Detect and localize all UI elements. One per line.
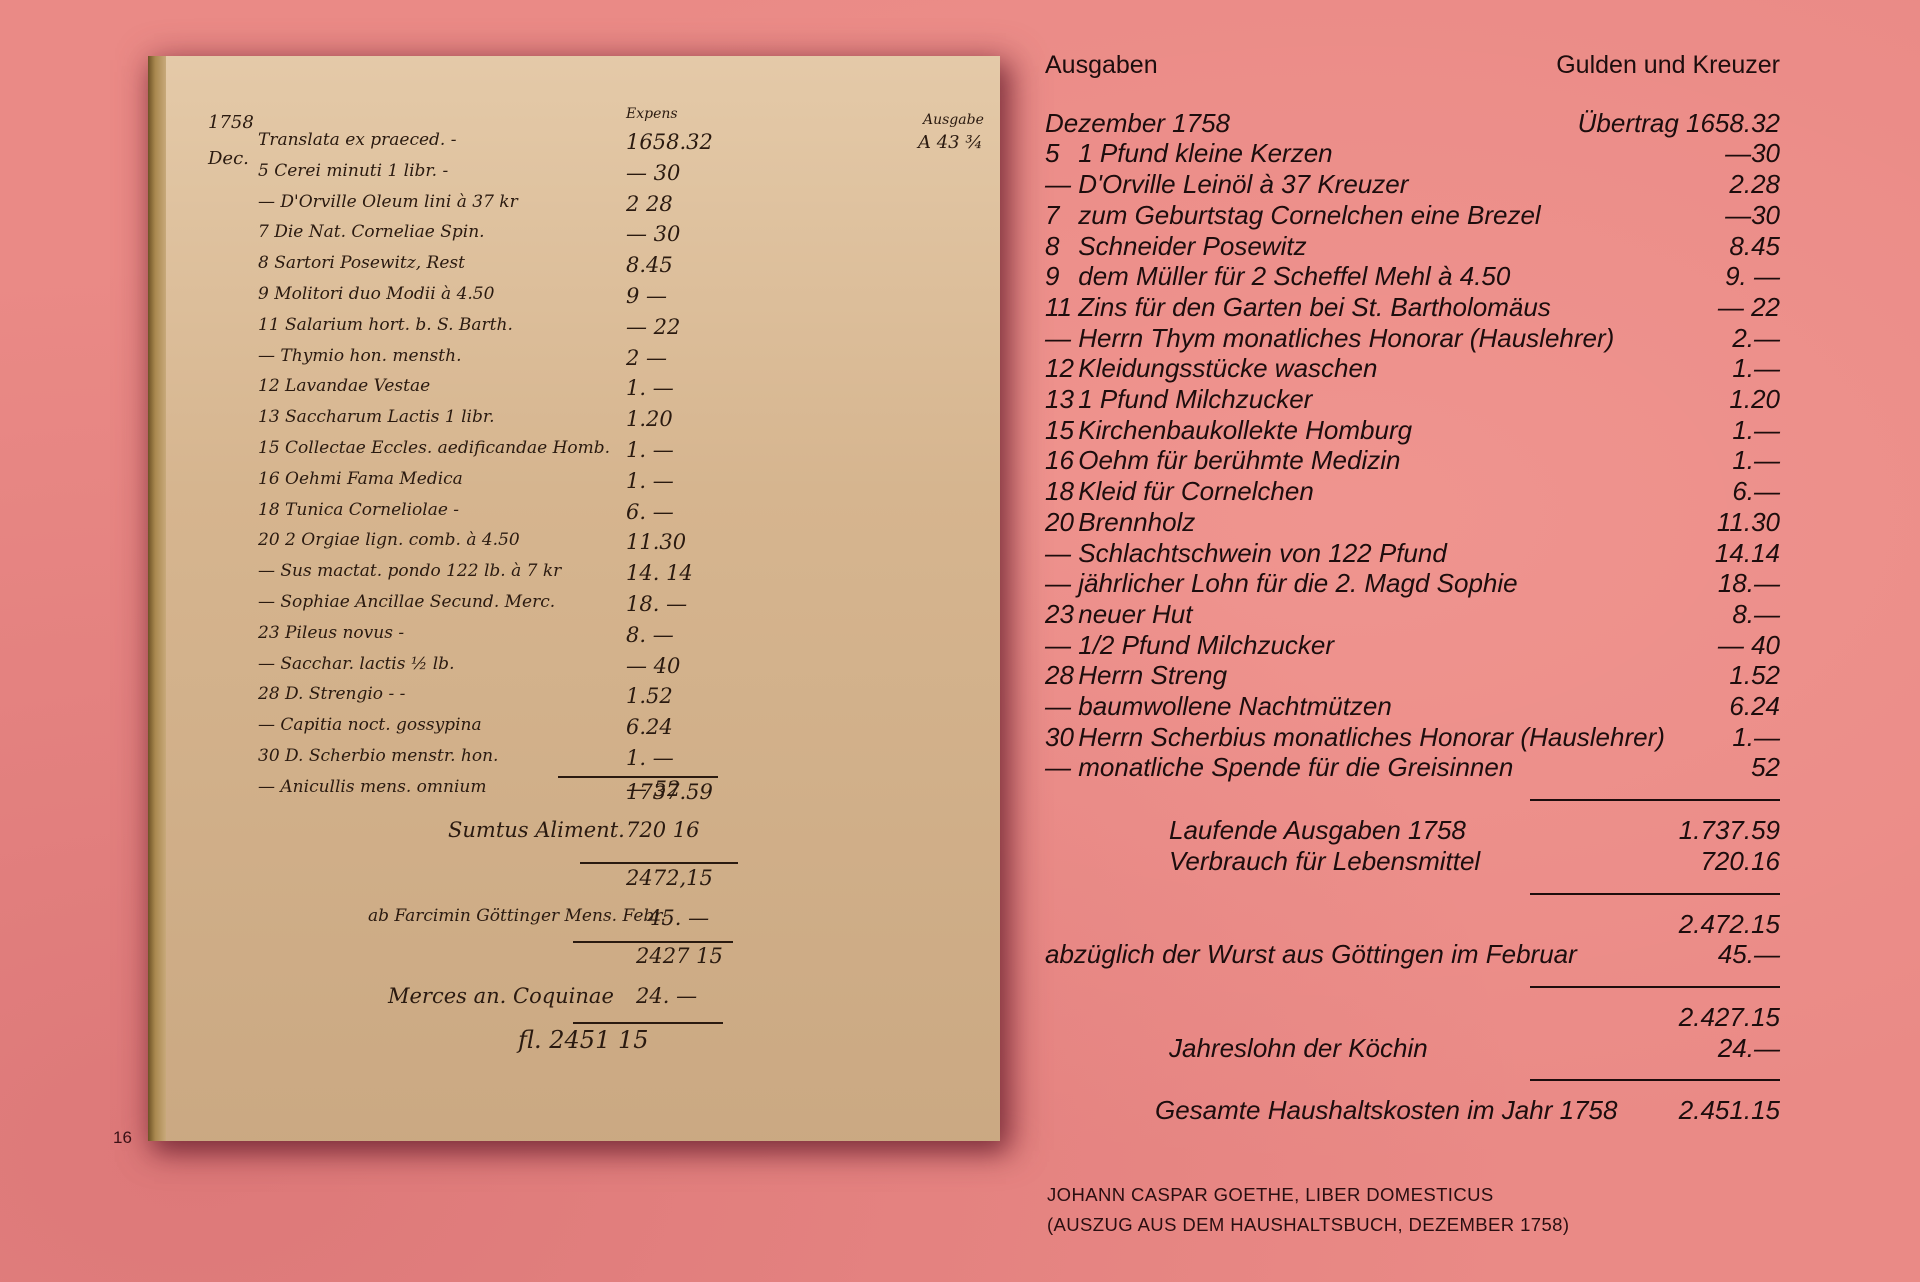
manuscript-line-text: 9 Molitori duo Modii à 4.50 bbox=[258, 284, 494, 304]
expense-description: Kleid für Cornelchen bbox=[1078, 476, 1314, 506]
manuscript-line-text: 15 Collectae Eccles. aedificandae Homb. bbox=[258, 438, 610, 458]
manuscript-line-text: 16 Oehmi Fama Medica bbox=[258, 469, 463, 489]
summary-row-total: Gesamte Haushaltskosten im Jahr 1758 2.4… bbox=[1045, 1095, 1780, 1126]
summary-row-food: Verbrauch für Lebensmittel 720.16 bbox=[1045, 846, 1780, 877]
manuscript-line-text: — Sacchar. lactis ½ lb. bbox=[258, 654, 454, 674]
expense-description: Kleidungsstücke waschen bbox=[1078, 353, 1377, 383]
manuscript-rule bbox=[580, 862, 738, 864]
manuscript-total-value: fl. 2451 15 bbox=[518, 1026, 649, 1054]
expense-row: 5 1 Pfund kleine Kerzen—30 bbox=[1045, 138, 1780, 169]
expense-day: — bbox=[1045, 169, 1071, 200]
expense-row: 7 zum Geburtstag Cornelchen eine Brezel—… bbox=[1045, 200, 1780, 231]
expense-row: — jährlicher Lohn für die 2. Magd Sophie… bbox=[1045, 568, 1780, 599]
expense-description: Herrn Scherbius monatliches Honorar (Hau… bbox=[1078, 722, 1665, 752]
expense-day: 11 bbox=[1045, 292, 1071, 323]
expense-amount: 1.52 bbox=[1720, 660, 1780, 691]
manuscript-year: 1758 bbox=[208, 112, 254, 133]
expense-description: Herrn Streng bbox=[1078, 660, 1227, 690]
header-currency: Gulden und Kreuzer bbox=[1556, 50, 1780, 81]
expense-day: 8 bbox=[1045, 231, 1071, 262]
manuscript-line-amount: 1658.32 bbox=[626, 130, 713, 154]
manuscript-line-text: — Sophiae Ancillae Secund. Merc. bbox=[258, 592, 555, 612]
expense-description: Schneider Posewitz bbox=[1078, 231, 1306, 261]
expense-amount: 11.30 bbox=[1717, 507, 1780, 538]
manuscript-total-value: 2472,15 bbox=[626, 866, 713, 890]
manuscript-line-text: Translata ex praeced. - bbox=[258, 130, 457, 150]
expense-amount: 18.— bbox=[1718, 568, 1780, 599]
manuscript-line-text: — D'Orville Oleum lini à 37 kr bbox=[258, 192, 518, 212]
month-label: Dezember 1758 bbox=[1045, 108, 1230, 139]
manuscript-line-amount: 9 — bbox=[626, 284, 667, 308]
expense-amount: — 22 bbox=[1718, 292, 1780, 323]
manuscript-total-line: ab Farcimin Göttinger Mens. Febr. bbox=[368, 906, 666, 926]
expense-description: neuer Hut bbox=[1078, 599, 1192, 629]
expense-description: Oehm für berühmte Medizin bbox=[1078, 445, 1400, 475]
expense-day: 28 bbox=[1045, 660, 1071, 691]
expense-description: Zins für den Garten bei St. Bartholomäus bbox=[1078, 292, 1551, 322]
expense-amount: — 40 bbox=[1718, 630, 1780, 661]
expense-amount: 6.24 bbox=[1720, 691, 1780, 722]
manuscript-line-amount: 1.52 bbox=[626, 684, 673, 708]
expense-amount: 2.28 bbox=[1720, 169, 1780, 200]
manuscript-line-amount: 1.20 bbox=[626, 407, 673, 431]
expense-description: jährlicher Lohn für die 2. Magd Sophie bbox=[1078, 568, 1517, 598]
expense-description: Herrn Thym monatliches Honorar (Hauslehr… bbox=[1078, 323, 1614, 353]
manuscript-line-amount: 6. — bbox=[626, 500, 674, 524]
manuscript-total-line: Sumtus Aliment. bbox=[448, 818, 625, 842]
expense-amount: —30 bbox=[1720, 200, 1780, 231]
expense-amount: 14.14 bbox=[1715, 538, 1780, 569]
manuscript-line-text: 8 Sartori Posewitz, Rest bbox=[258, 253, 465, 273]
manuscript-line-amount: 2 — bbox=[626, 346, 667, 370]
manuscript-line-amount: 8.45 bbox=[626, 253, 673, 277]
expense-description: monatliche Spende für die Greisinnen bbox=[1078, 752, 1513, 782]
expense-day: — bbox=[1045, 538, 1071, 569]
manuscript-rule bbox=[558, 776, 718, 778]
summary-row-sausage: abzüglich der Wurst aus Göttingen im Feb… bbox=[1045, 939, 1780, 970]
expense-row: 30 Herrn Scherbius monatliches Honorar (… bbox=[1045, 722, 1780, 753]
expense-description: Brennholz bbox=[1078, 507, 1195, 537]
manuscript-total-value: 45. — bbox=[648, 906, 709, 930]
expense-day: 23 bbox=[1045, 599, 1071, 630]
manuscript-line-amount: 1. — bbox=[626, 438, 674, 462]
expense-amount: 2.— bbox=[1720, 323, 1780, 354]
expense-amount: 1.— bbox=[1720, 445, 1780, 476]
month-row: Dezember 1758 Übertrag 1658.32 bbox=[1045, 108, 1780, 139]
manuscript-line-text: 11 Salarium hort. b. S. Barth. bbox=[258, 315, 513, 335]
manuscript-line-amount: 8. — bbox=[626, 623, 674, 647]
expense-row: 13 1 Pfund Milchzucker1.20 bbox=[1045, 384, 1780, 415]
expense-amount: —30 bbox=[1720, 138, 1780, 169]
manuscript-month: Dec. bbox=[208, 148, 249, 169]
manuscript-line-text: — Thymio hon. mensth. bbox=[258, 346, 461, 366]
header-expenses: Ausgaben bbox=[1045, 50, 1158, 81]
summary-row-subtotal-2: 2.427.15 bbox=[1045, 1002, 1780, 1033]
carry-over: Übertrag 1658.32 bbox=[1578, 108, 1780, 139]
manuscript-page: 1758 Dec. Expens Ausgabe A 43 ¾ Translat… bbox=[148, 56, 1000, 1141]
manuscript-total-line: Merces an. Coquinae bbox=[388, 984, 614, 1008]
sum-rule bbox=[1530, 1079, 1780, 1081]
expense-description: 1/2 Pfund Milchzucker bbox=[1078, 630, 1334, 660]
expense-description: dem Müller für 2 Scheffel Mehl à 4.50 bbox=[1078, 261, 1510, 291]
manuscript-line-amount: — 30 bbox=[626, 222, 680, 246]
sum-rule bbox=[1530, 799, 1780, 801]
summary-row-cook: Jahreslohn der Köchin 24.— bbox=[1045, 1033, 1780, 1064]
expense-day: 7 bbox=[1045, 200, 1071, 231]
expense-amount: 6.— bbox=[1720, 476, 1780, 507]
expense-row: 8 Schneider Posewitz8.45 bbox=[1045, 231, 1780, 262]
manuscript-line-amount: 11.30 bbox=[626, 530, 686, 554]
expense-amount: 1.— bbox=[1720, 415, 1780, 446]
expense-day: — bbox=[1045, 691, 1071, 722]
expense-amount: 8.45 bbox=[1720, 231, 1780, 262]
expense-row: — 1/2 Pfund Milchzucker— 40 bbox=[1045, 630, 1780, 661]
manuscript-rule bbox=[573, 941, 733, 943]
caption-title: JOHANN CASPAR GOETHE, LIBER DOMESTICUS bbox=[1047, 1180, 1569, 1210]
manuscript-line-text: — Sus mactat. pondo 122 lb. à 7 kr bbox=[258, 561, 561, 581]
expense-row: 9 dem Müller für 2 Scheffel Mehl à 4.509… bbox=[1045, 261, 1780, 292]
expense-description: Kirchenbaukollekte Homburg bbox=[1078, 415, 1412, 445]
expense-description: 1 Pfund kleine Kerzen bbox=[1078, 138, 1332, 168]
expense-day: — bbox=[1045, 323, 1071, 354]
expense-row: — baumwollene Nachtmützen6.24 bbox=[1045, 691, 1780, 722]
expense-day: 5 bbox=[1045, 138, 1071, 169]
expense-description: D'Orville Leinöl à 37 Kreuzer bbox=[1078, 169, 1408, 199]
expense-amount: 52 bbox=[1720, 752, 1780, 783]
transcription-header: Ausgaben Gulden und Kreuzer bbox=[1045, 50, 1780, 81]
manuscript-line-text: 5 Cerei minuti 1 libr. - bbox=[258, 161, 448, 181]
transcription: Ausgaben Gulden und Kreuzer Dezember 175… bbox=[1045, 50, 1780, 1126]
expense-row: 20 Brennholz11.30 bbox=[1045, 507, 1780, 538]
expense-row: — Schlachtschwein von 122 Pfund14.14 bbox=[1045, 538, 1780, 569]
expense-amount: 8.— bbox=[1720, 599, 1780, 630]
expense-day: 18 bbox=[1045, 476, 1071, 507]
manuscript-rule bbox=[573, 1022, 723, 1024]
expense-day: 13 bbox=[1045, 384, 1071, 415]
expense-day: 15 bbox=[1045, 415, 1071, 446]
expense-description: zum Geburtstag Cornelchen eine Brezel bbox=[1078, 200, 1540, 230]
manuscript-line-amount: 1. — bbox=[626, 469, 674, 493]
expense-day: 16 bbox=[1045, 445, 1071, 476]
manuscript-total-value: 1737.59 bbox=[626, 780, 713, 804]
expense-day: — bbox=[1045, 568, 1071, 599]
expense-description: baumwollene Nachtmützen bbox=[1078, 691, 1392, 721]
expense-row: 11 Zins für den Garten bei St. Bartholom… bbox=[1045, 292, 1780, 323]
expense-amount: 1.20 bbox=[1720, 384, 1780, 415]
expense-day: 30 bbox=[1045, 722, 1071, 753]
book-spine bbox=[148, 56, 166, 1141]
expense-amount: 1.— bbox=[1720, 353, 1780, 384]
manuscript-line-amount: — 40 bbox=[626, 654, 680, 678]
manuscript-line-text: 12 Lavandae Vestae bbox=[258, 376, 430, 396]
expense-day: 20 bbox=[1045, 507, 1071, 538]
expense-day: 12 bbox=[1045, 353, 1071, 384]
expense-row: 15 Kirchenbaukollekte Homburg1.— bbox=[1045, 415, 1780, 446]
manuscript-line-amount: 1. — bbox=[626, 746, 674, 770]
manuscript-col-expens: Expens bbox=[626, 106, 678, 122]
caption-subtitle: (AUSZUG AUS DEM HAUSHALTSBUCH, DEZEMBER … bbox=[1047, 1210, 1569, 1240]
caption: JOHANN CASPAR GOETHE, LIBER DOMESTICUS (… bbox=[1047, 1180, 1569, 1240]
manuscript-line-amount: 1. — bbox=[626, 376, 674, 400]
expense-amount: 1.— bbox=[1720, 722, 1780, 753]
sum-rule bbox=[1530, 986, 1780, 988]
expense-day: 9 bbox=[1045, 261, 1071, 292]
manuscript-line-text: 13 Saccharum Lactis 1 libr. bbox=[258, 407, 495, 427]
manuscript-line-text: 30 D. Scherbio menstr. hon. bbox=[258, 746, 498, 766]
manuscript-line-amount: 6.24 bbox=[626, 715, 673, 739]
manuscript-line-amount: 14. 14 bbox=[626, 561, 693, 585]
manuscript-line-amount: 2 28 bbox=[626, 192, 673, 216]
expense-entries: 5 1 Pfund kleine Kerzen—30— D'Orville Le… bbox=[1045, 138, 1780, 783]
manuscript-total-value: 24. — bbox=[636, 984, 697, 1008]
manuscript-line-amount: — 22 bbox=[626, 315, 680, 339]
expense-row: 16 Oehm für berühmte Medizin1.— bbox=[1045, 445, 1780, 476]
sum-rule bbox=[1530, 893, 1780, 895]
expense-row: — D'Orville Leinöl à 37 Kreuzer2.28 bbox=[1045, 169, 1780, 200]
expense-day: — bbox=[1045, 752, 1071, 783]
manuscript-line-text: 28 D. Strengio - - bbox=[258, 684, 405, 704]
manuscript-line-text: 20 2 Orgiae lign. comb. à 4.50 bbox=[258, 530, 520, 550]
manuscript-line-amount: — 30 bbox=[626, 161, 680, 185]
expense-row: 18 Kleid für Cornelchen6.— bbox=[1045, 476, 1780, 507]
expense-row: — Herrn Thym monatliches Honorar (Hausle… bbox=[1045, 323, 1780, 354]
expense-description: 1 Pfund Milchzucker bbox=[1078, 384, 1312, 414]
manuscript-line-text: 18 Tunica Corneliolae - bbox=[258, 500, 459, 520]
expense-row: 23 neuer Hut8.— bbox=[1045, 599, 1780, 630]
manuscript-total-value: 720 16 bbox=[626, 818, 699, 842]
manuscript-line-amount: 18. — bbox=[626, 592, 687, 616]
manuscript-line-text: 7 Die Nat. Corneliae Spin. bbox=[258, 222, 485, 242]
expense-row: — monatliche Spende für die Greisinnen52 bbox=[1045, 752, 1780, 783]
expense-amount: 9. — bbox=[1720, 261, 1780, 292]
manuscript-line-text: 23 Pileus novus - bbox=[258, 623, 404, 643]
expense-day: — bbox=[1045, 630, 1071, 661]
summary-row-running: Laufende Ausgaben 1758 1.737.59 bbox=[1045, 815, 1780, 846]
manuscript-col-ausgabe: Ausgabe bbox=[923, 112, 984, 128]
manuscript-line-text: — Anicullis mens. omnium bbox=[258, 777, 486, 797]
manuscript-line-text: — Capitia noct. gossypina bbox=[258, 715, 482, 735]
page-number: 16 bbox=[113, 1128, 132, 1148]
expense-row: 28 Herrn Streng1.52 bbox=[1045, 660, 1780, 691]
expense-row: 12 Kleidungsstücke waschen1.— bbox=[1045, 353, 1780, 384]
manuscript-total-value: 2427 15 bbox=[636, 944, 723, 968]
summary-row-subtotal-1: 2.472.15 bbox=[1045, 909, 1780, 940]
manuscript-ausgabe-value: A 43 ¾ bbox=[918, 132, 983, 153]
expense-description: Schlachtschwein von 122 Pfund bbox=[1078, 538, 1447, 568]
